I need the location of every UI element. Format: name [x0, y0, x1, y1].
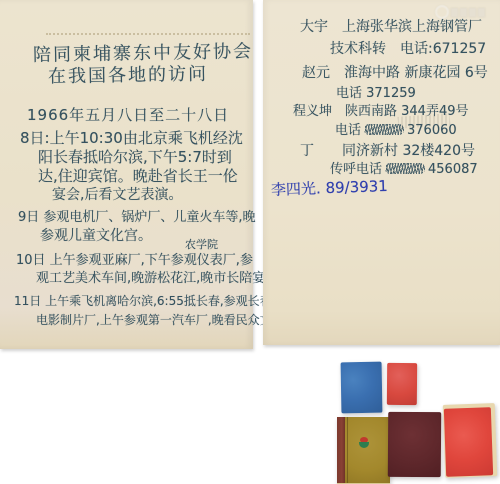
manuscript-line: 10日 上午参观亚麻厂,下午参观仪表厂,参: [16, 254, 253, 267]
address-line: 电话 371259: [336, 87, 416, 100]
manuscript-line: 8日:上午10:30由北京乘飞机经沈: [20, 131, 243, 146]
scribbled-out-number: [385, 163, 425, 174]
manuscript-page-left: 陪同柬埔寨东中友好协会 在我国各地的访问 1966年五月八日至二十八日 8日:上…: [0, 0, 253, 349]
red-notebook: [444, 407, 493, 477]
manuscript-line: 9日 参观电机厂、锅炉厂、儿童火车等,晚: [18, 211, 256, 224]
address-line: 技术科转 电话:671257: [330, 42, 486, 56]
address-line: 丁 同济新村 32楼420号: [300, 144, 475, 158]
flower-emblem-icon: [359, 437, 369, 449]
photo-canvas: 陪同柬埔寨东中友好协会 在我国各地的访问 1966年五月八日至二十八日 8日:上…: [0, 0, 500, 484]
manuscript-line: 参观儿童文化宫。: [40, 229, 152, 243]
watermark-circle-logo-icon: [435, 5, 449, 19]
address-line: 传呼电话456087: [330, 163, 478, 176]
manuscript-title-line: 在我国各地的访问: [48, 66, 208, 87]
notebook-hinge-line: [347, 417, 348, 483]
manuscript-date-line: 1966年五月八日至二十八日: [27, 108, 229, 123]
manuscript-line: 电影制片厂,上午参观第一汽车厂,晚看民众文艺。: [36, 314, 296, 326]
torn-page-edge: [46, 33, 250, 35]
interlinear-insert-note: 农学院: [185, 239, 218, 250]
olive-notebook: [337, 417, 390, 484]
small-red-notebook: [387, 363, 417, 405]
phone-label: 电话: [335, 123, 361, 138]
manuscript-line: 宴会,后看文艺表演。: [52, 188, 182, 202]
phone-label: 传呼电话: [330, 162, 382, 177]
maroon-notebook: [388, 412, 441, 477]
auction-watermark: [435, 5, 485, 19]
manuscript-page-right: 大宇 上海张华滨上海钢管厂 技术科转 电话:671257 赵元 淮海中路 新康花…: [263, 0, 500, 345]
manuscript-title-line: 陪同柬埔寨东中友好协会: [33, 43, 253, 65]
address-line: 赵元 淮海中路 新康花园 6号: [302, 66, 488, 80]
blue-ballpoint-note: 李四光. 89/3931: [271, 179, 388, 198]
manuscript-line: 11日 上午乘飞机离哈尔滨,6:55抵长春,参观长春: [14, 295, 272, 307]
address-line: 大宇 上海张华滨上海钢管厂: [300, 20, 482, 34]
notebook-spine: [337, 417, 345, 483]
blue-notebook: [341, 362, 383, 414]
manuscript-line: 阳长春抵哈尔滨,下午5:7时到: [38, 150, 232, 165]
manuscript-line: 达,住迎宾馆。晚赴省长王一伦: [38, 169, 238, 184]
phone-number: 456087: [428, 162, 478, 177]
manuscript-line: 观工艺美术车间,晚游松花江,晚市长陪宴。: [36, 272, 278, 285]
